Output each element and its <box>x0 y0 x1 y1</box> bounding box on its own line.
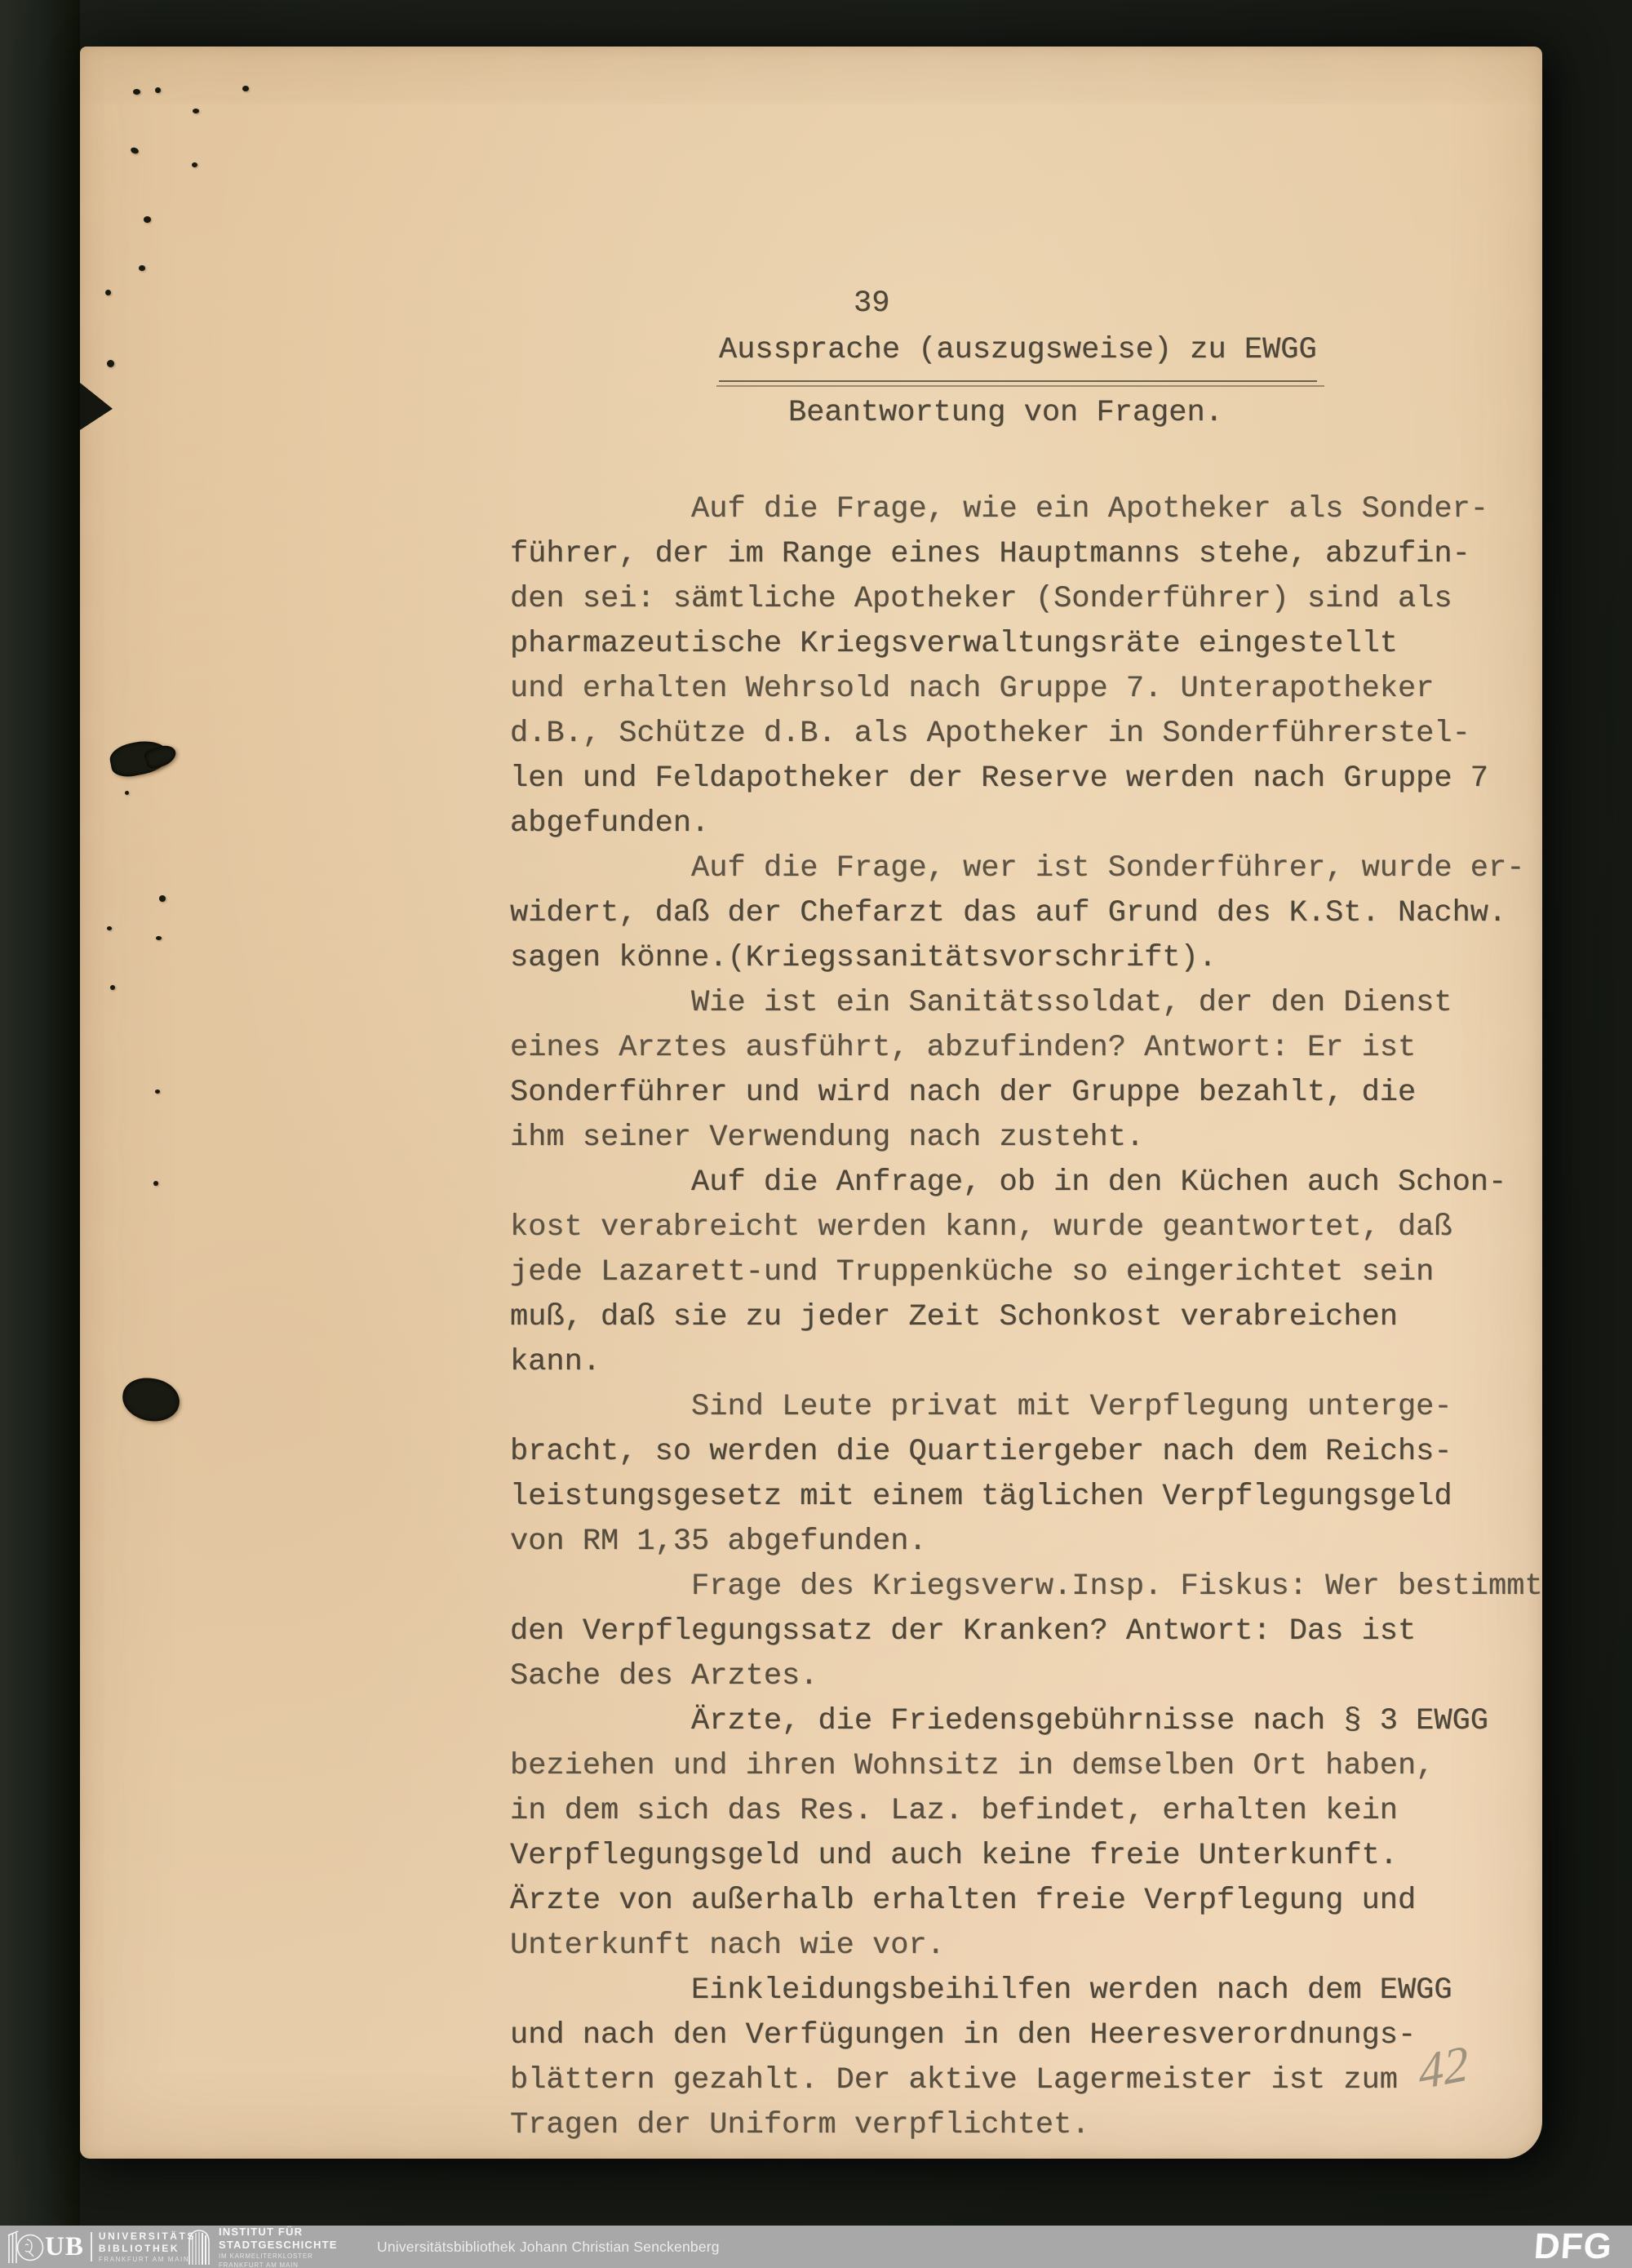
paper-speck <box>107 926 112 930</box>
typed-text-block: Auf die Frage, wie ein Apotheker als Son… <box>510 487 1543 2148</box>
ub-name-line: BIBLIOTHEK <box>99 2244 196 2253</box>
typed-line: Tragen der Uniform verpflichtet. <box>510 2103 1543 2148</box>
library-attribution-text: Universitätsbibliothek Johann Christian … <box>377 2226 720 2268</box>
institute-logo-block: INSTITUT FÜR STADTGESCHICHTE IM KARMELIT… <box>188 2226 338 2268</box>
typed-line: von RM 1,35 abgefunden. <box>510 1520 1543 1565</box>
karmeliterkloster-arch-icon <box>188 2229 211 2265</box>
ub-name-line: UNIVERSITÄTS <box>99 2231 196 2241</box>
typed-line: Auf die Frage, wie ein Apotheker als Son… <box>510 487 1543 532</box>
typed-line: kost verabreicht werden kann, wurde gean… <box>510 1205 1543 1250</box>
footer-divider <box>91 2232 92 2261</box>
scanned-document-page: 39 Aussprache (auszugsweise) zu EWGG Bea… <box>80 47 1542 2159</box>
typed-line: Ärzte von außerhalb erhalten freie Verpf… <box>510 1879 1543 1924</box>
typed-line: len und Feldapotheker der Reserve werden… <box>510 757 1543 801</box>
paper-speck <box>155 87 161 93</box>
viewer-footer-bar: UB UNIVERSITÄTS BIBLIOTHEK FRANKFURT AM … <box>0 2226 1632 2268</box>
typed-line: Einkleidungsbeihilfen werden nach dem EW… <box>510 1968 1543 2013</box>
typed-line: den sei: sämtliche Apotheker (Sonderführ… <box>510 577 1543 622</box>
punch-hole <box>120 1375 182 1424</box>
typed-line: Auf die Anfrage, ob in den Küchen auch S… <box>510 1161 1543 1205</box>
typed-line: und erhalten Wehrsold nach Gruppe 7. Unt… <box>510 667 1543 712</box>
typed-line: Sind Leute privat mit Verpflegung unterg… <box>510 1385 1543 1430</box>
scan-viewer-background: 39 Aussprache (auszugsweise) zu EWGG Bea… <box>0 0 1632 2268</box>
page-number: 39 <box>854 282 889 326</box>
typed-line: muß, daß sie zu jeder Zeit Schonkost ver… <box>510 1295 1543 1340</box>
typed-line: Ärzte, die Friedensgebührnisse nach § 3 … <box>510 1699 1543 1744</box>
typed-line: Sache des Arztes. <box>510 1654 1543 1699</box>
institute-sub-line: FRANKFURT AM MAIN <box>219 2262 338 2268</box>
typed-line: Sonderführer und wird nach der Gruppe be… <box>510 1071 1543 1116</box>
typed-line: den Verpflegungssatz der Kranken? Antwor… <box>510 1609 1543 1654</box>
edge-tear <box>80 383 113 430</box>
typed-line: Frage des Kriegsverw.Insp. Fiskus: Wer b… <box>510 1565 1543 1609</box>
institute-name-line: INSTITUT FÜR <box>219 2226 338 2237</box>
institute-sub-line: IM KARMELITERKLOSTER <box>219 2253 338 2260</box>
paper-speck <box>156 936 162 940</box>
paper-speck <box>105 290 111 295</box>
paper-speck <box>193 109 199 113</box>
typed-line: abgefunden. <box>510 801 1543 846</box>
paper-speck <box>144 216 151 223</box>
typed-line: widert, daß der Chefarzt das auf Grund d… <box>510 891 1543 936</box>
paper-speck <box>155 1090 160 1094</box>
institute-name-line: STADTGESCHICHTE <box>219 2239 338 2250</box>
paper-speck <box>125 791 129 795</box>
typed-line: Unterkunft nach wie vor. <box>510 1924 1543 1968</box>
ub-logo-block: UB UNIVERSITÄTS BIBLIOTHEK FRANKFURT AM … <box>7 2226 196 2268</box>
dfg-logo: DFG <box>1532 2226 1614 2268</box>
paper-speck <box>242 86 249 91</box>
typed-line: ihm seiner Verwendung nach zusteht. <box>510 1116 1543 1161</box>
typed-line: bracht, so werden die Quartiergeber nach… <box>510 1430 1543 1475</box>
typed-line: kann. <box>510 1340 1543 1385</box>
paper-speck <box>133 89 140 95</box>
ub-abbr-label: UB <box>45 2232 84 2262</box>
typed-line: eines Arztes ausführt, abzufinden? Antwo… <box>510 1026 1543 1071</box>
handwritten-page-number: 42 <box>1417 2035 1470 2102</box>
paper-speck <box>192 162 197 167</box>
typed-line: Verpflegungsgeld und auch keine freie Un… <box>510 1834 1543 1879</box>
document-subtitle: Beantwortung von Fragen. <box>788 391 1223 436</box>
typed-line: führer, der im Range eines Hauptmanns st… <box>510 532 1543 577</box>
paper-speck <box>107 360 114 367</box>
paper-speck <box>139 265 145 271</box>
paper-speck <box>110 985 115 990</box>
typed-line: Wie ist ein Sanitätssoldat, der den Dien… <box>510 981 1543 1026</box>
ub-city-line: FRANKFURT AM MAIN <box>99 2257 196 2263</box>
typed-line: Auf die Frage, wer ist Sonderführer, wur… <box>510 846 1543 891</box>
paper-speck <box>159 895 166 902</box>
paper-speck <box>153 1181 158 1186</box>
paper-speck <box>130 147 140 155</box>
binder-gutter-shadow <box>0 0 80 2268</box>
typed-line: sagen könne.(Kriegssanitätsvorschrift). <box>510 936 1543 981</box>
typed-line: pharmazeutische Kriegsverwaltungsräte ei… <box>510 622 1543 667</box>
typed-line: und nach den Verfügungen in den Heeresve… <box>510 2013 1543 2058</box>
ub-library-icon <box>7 2229 44 2265</box>
typed-line: leistungsgesetz mit einem täglichen Verp… <box>510 1475 1543 1520</box>
typed-line: blättern gezahlt. Der aktive Lagermeiste… <box>510 2058 1543 2103</box>
typed-line: in dem sich das Res. Laz. befindet, erha… <box>510 1789 1543 1834</box>
typed-line: d.B., Schütze d.B. als Apotheker in Sond… <box>510 712 1543 757</box>
document-title: Aussprache (auszugsweise) zu EWGG <box>719 328 1317 382</box>
typed-line: jede Lazarett-und Truppenküche so einger… <box>510 1250 1543 1295</box>
typed-line: beziehen und ihren Wohnsitz in demselben… <box>510 1744 1543 1789</box>
